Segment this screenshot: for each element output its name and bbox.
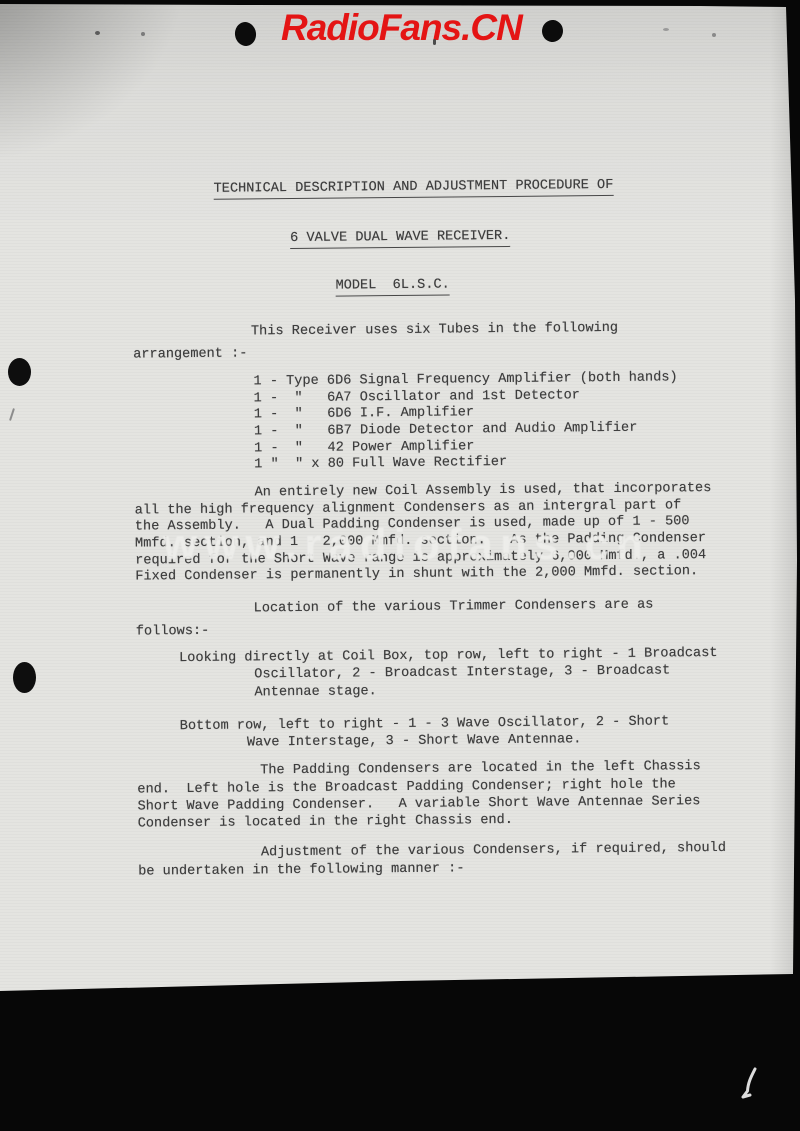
adjustment-paragraph-line: be undertaken in the following manner :-: [138, 861, 464, 879]
intro-line-2: arrangement :-: [133, 346, 247, 362]
location-line-2: follows:-: [136, 624, 210, 640]
padding-paragraph-line: Short Wave Padding Condenser. A variable…: [137, 794, 700, 814]
bottom-row-line: Wave Interstage, 3 - Short Wave Antennae…: [247, 732, 582, 750]
doc-title-main: TECHNICAL DESCRIPTION AND ADJUSTMENT PRO…: [214, 178, 614, 200]
top-row-line: Antennae stage.: [254, 684, 377, 700]
padding-paragraph-line: The Padding Condensers are located in th…: [260, 759, 701, 778]
location-line-1: Location of the various Trimmer Condense…: [254, 598, 654, 617]
tube-list-item: 1 " " x 80 Full Wave Rectifier: [254, 455, 507, 472]
punch-hole-bottom: [13, 662, 36, 693]
padding-paragraph-line: Condenser is located in the right Chassi…: [138, 813, 513, 832]
doc-title-sub: 6 VALVE DUAL WAVE RECEIVER.: [290, 229, 510, 249]
coil-paragraph-line: An entirely new Coil Assembly is used, t…: [254, 481, 711, 500]
top-row-line: Oscillator, 2 - Broadcast Interstage, 3 …: [254, 663, 670, 682]
intro-line-1: This Receiver uses six Tubes in the foll…: [251, 321, 618, 340]
handwritten-page-number-mark: [738, 1066, 764, 1104]
punch-hole-top: [8, 358, 31, 386]
tube-list-item: 1 - Type 6D6 Signal Frequency Amplifier …: [253, 370, 677, 389]
doc-title-model: MODEL 6L.S.C.: [335, 278, 449, 297]
paper-sheet: RadioFans.CN TECHNICAL DESCRIPTION AND A…: [0, 0, 800, 1131]
adjustment-paragraph-line: Adjustment of the various Condensers, if…: [261, 841, 726, 860]
tube-list-item: 1 - " 6B7 Diode Detector and Audio Ampli…: [254, 421, 638, 440]
bottom-row-line: Bottom row, left to right - 1 - 3 Wave O…: [180, 714, 670, 734]
site-watermark: www.radiofans.cn: [163, 520, 650, 570]
tube-list-item: 1 - " 6D6 I.F. Amplifier: [254, 405, 474, 422]
tube-list-item: 1 - " 6A7 Oscillator and 1st Detector: [254, 388, 580, 406]
tube-list-item: 1 - " 42 Power Amplifier: [254, 439, 474, 456]
scanned-page: RadioFans.CN TECHNICAL DESCRIPTION AND A…: [0, 0, 800, 1131]
